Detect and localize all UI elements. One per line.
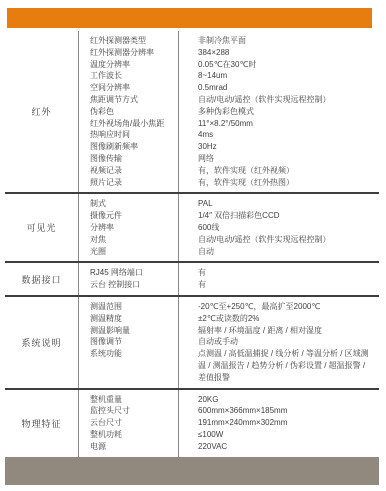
spec-value: -20℃至+250℃，最高扩至2000℃ [178, 301, 379, 313]
spec-value: 220VAC [178, 441, 379, 453]
spec-row: 整机重量20KG [79, 394, 379, 406]
spec-value: 0.5mrad [178, 82, 379, 94]
spec-value: 有，软件实现（红外视频） [178, 165, 379, 177]
spec-value: 191mm×240mm×302mm [178, 417, 379, 429]
spec-value: ≤100W [178, 429, 379, 441]
spec-label: 电源 [79, 441, 178, 453]
spec-value: 20KG [178, 394, 379, 406]
spec-value: 有 [178, 267, 379, 279]
spec-table: 红外红外探测器类型非制冷焦平面红外探测器分辨率384×288温度分辨率0.05℃… [5, 31, 379, 457]
spec-row: 摄像元件1/4″ 双倍扫描彩色CCD [79, 210, 379, 222]
spec-row: 测温范围-20℃至+250℃，最高扩至2000℃ [79, 301, 379, 313]
spec-label: 对焦 [79, 234, 178, 246]
spec-label: 系统功能 [79, 348, 178, 383]
spec-row: 电源220VAC [79, 441, 379, 453]
spec-label: 视频记录 [79, 165, 178, 177]
spec-value: 11°×8.2°/50mm [178, 118, 379, 130]
spec-label: 测温精度 [79, 313, 178, 325]
category-label: 可见光 [5, 194, 79, 261]
section-rows: 整机重量20KG监控头尺寸600mm×366mm×185mm云台尺寸191mm×… [79, 390, 379, 457]
spec-label: 摄像元件 [79, 210, 178, 222]
spec-label: 热响应时间 [79, 129, 178, 141]
spec-value: 600线 [178, 222, 379, 234]
spec-label: 工作波长 [79, 70, 178, 82]
spec-row: 空间分辨率0.5mrad [79, 82, 379, 94]
spec-value: 30Hz [178, 141, 379, 153]
spec-value: 点测温 / 高低温捕捉 / 线分析 / 等温分析 / 区域测温 / 测温报告 /… [178, 348, 379, 383]
spec-row: 测温精度±2℃或读数的2% [79, 313, 379, 325]
spec-value: 有 [178, 279, 379, 291]
spec-value: 0.05℃在30℃时 [178, 59, 379, 71]
spec-row: RJ45 网络端口有 [79, 267, 379, 279]
section-infrared: 红外红外探测器类型非制冷焦平面红外探测器分辨率384×288温度分辨率0.05℃… [5, 31, 379, 192]
section-rows: 制式PAL摄像元件1/4″ 双倍扫描彩色CCD分辨率600线对焦自动/电动/遥控… [79, 194, 379, 261]
spec-value: PAL [178, 198, 379, 210]
spec-value: 自动或手动 [178, 336, 379, 348]
category-label: 数据接口 [5, 263, 79, 295]
spec-value: 4ms [178, 129, 379, 141]
bottom-banner [5, 457, 379, 485]
spec-row: 伪彩色多种伪彩色模式 [79, 106, 379, 118]
spec-label: 红外探测器类型 [79, 35, 178, 47]
spec-label: 测温范围 [79, 301, 178, 313]
spec-label: 监控头尺寸 [79, 405, 178, 417]
spec-label: 焦距调节方式 [79, 94, 178, 106]
spec-row: 照片记录有，软件实现（红外热图） [79, 177, 379, 189]
spec-value: 网络 [178, 153, 379, 165]
spec-label: 图像传输 [79, 153, 178, 165]
section-system-description: 系统说明测温范围-20℃至+250℃，最高扩至2000℃测温精度±2℃或读数的2… [5, 295, 379, 388]
spec-value: 有，软件实现（红外热图） [178, 177, 379, 189]
spec-value: 自动/电动/遥控（软件实现远程控制） [178, 94, 379, 106]
spec-value: 非制冷焦平面 [178, 35, 379, 47]
top-banner [7, 8, 372, 28]
section-rows: 测温范围-20℃至+250℃，最高扩至2000℃测温精度±2℃或读数的2%测温影… [79, 297, 379, 388]
spec-value: 自动/电动/遥控（软件实现远程控制） [178, 234, 379, 246]
spec-label: RJ45 网络端口 [79, 267, 178, 279]
spec-label: 测温影响量 [79, 325, 178, 337]
spec-label: 图像调节 [79, 336, 178, 348]
spec-label: 红外探测器分辨率 [79, 47, 178, 59]
section-rows: RJ45 网络端口有云台 控制接口有 [79, 263, 379, 295]
spec-label: 伪彩色 [79, 106, 178, 118]
spec-row: 视频记录有，软件实现（红外视频） [79, 165, 379, 177]
spec-value: ±2℃或读数的2% [178, 313, 379, 325]
spec-value: 600mm×366mm×185mm [178, 405, 379, 417]
spec-row: 云台尺寸191mm×240mm×302mm [79, 417, 379, 429]
spec-row: 红外探测器类型非制冷焦平面 [79, 35, 379, 47]
spec-label: 温度分辨率 [79, 59, 178, 71]
spec-value: 384×288 [178, 47, 379, 59]
spec-label: 空间分辨率 [79, 82, 178, 94]
spec-label: 制式 [79, 198, 178, 210]
spec-value: 8~14um [178, 70, 379, 82]
section-data-interface: 数据接口RJ45 网络端口有云台 控制接口有 [5, 261, 379, 295]
spec-row: 焦距调节方式自动/电动/遥控（软件实现远程控制） [79, 94, 379, 106]
spec-value: 多种伪彩色模式 [178, 106, 379, 118]
spec-row: 图像调节自动或手动 [79, 336, 379, 348]
spec-row: 制式PAL [79, 198, 379, 210]
spec-row: 分辨率600线 [79, 222, 379, 234]
spec-row: 对焦自动/电动/遥控（软件实现远程控制） [79, 234, 379, 246]
spec-label: 云台尺寸 [79, 417, 178, 429]
spec-row: 工作波长8~14um [79, 70, 379, 82]
spec-row: 图像传输网络 [79, 153, 379, 165]
category-label: 红外 [5, 31, 79, 192]
spec-value: 自动 [178, 246, 379, 258]
spec-value: 辐射率 / 环境温度 / 距离 / 相对湿度 [178, 325, 379, 337]
spec-value: 1/4″ 双倍扫描彩色CCD [178, 210, 379, 222]
spec-row: 红外视场角/最小焦距11°×8.2°/50mm [79, 118, 379, 130]
spec-row: 光圈自动 [79, 246, 379, 258]
category-label: 物理特征 [5, 390, 79, 457]
spec-label: 红外视场角/最小焦距 [79, 118, 178, 130]
spec-label: 整机重量 [79, 394, 178, 406]
section-visible-light: 可见光制式PAL摄像元件1/4″ 双倍扫描彩色CCD分辨率600线对焦自动/电动… [5, 192, 379, 261]
spec-row: 热响应时间4ms [79, 129, 379, 141]
spec-row: 红外探测器分辨率384×288 [79, 47, 379, 59]
spec-label: 整机功耗 [79, 429, 178, 441]
spec-label: 云台 控制接口 [79, 279, 178, 291]
category-label: 系统说明 [5, 297, 79, 388]
spec-label: 分辨率 [79, 222, 178, 234]
spec-row: 测温影响量辐射率 / 环境温度 / 距离 / 相对湿度 [79, 325, 379, 337]
spec-label: 照片记录 [79, 177, 178, 189]
spec-row: 整机功耗≤100W [79, 429, 379, 441]
spec-row: 温度分辨率0.05℃在30℃时 [79, 59, 379, 71]
spec-row: 云台 控制接口有 [79, 279, 379, 291]
spec-row: 系统功能点测温 / 高低温捕捉 / 线分析 / 等温分析 / 区域测温 / 测温… [79, 348, 379, 383]
section-rows: 红外探测器类型非制冷焦平面红外探测器分辨率384×288温度分辨率0.05℃在3… [79, 31, 379, 192]
spec-row: 监控头尺寸600mm×366mm×185mm [79, 405, 379, 417]
section-physical-characteristics: 物理特征整机重量20KG监控头尺寸600mm×366mm×185mm云台尺寸19… [5, 388, 379, 457]
spec-label: 光圈 [79, 246, 178, 258]
spec-row: 图像刷新频率30Hz [79, 141, 379, 153]
spec-label: 图像刷新频率 [79, 141, 178, 153]
